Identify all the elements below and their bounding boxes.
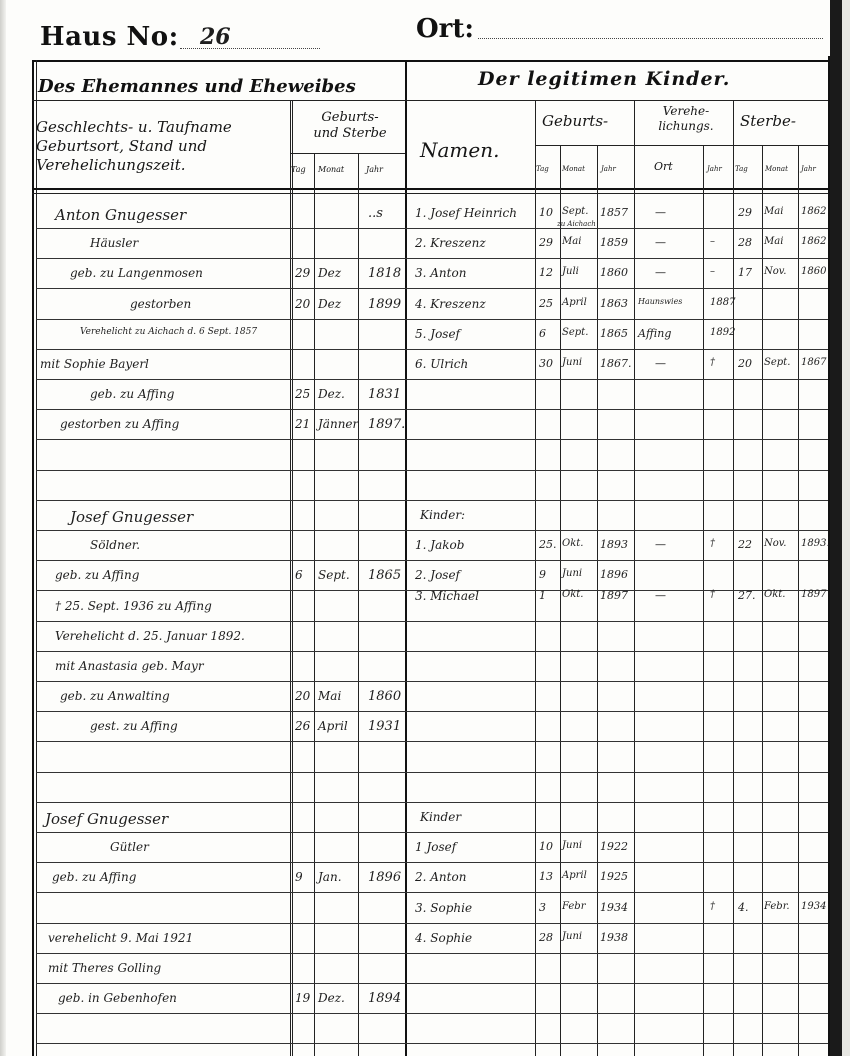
ruled-row-line	[36, 802, 828, 803]
parent-birth-monat: Mai	[318, 689, 341, 703]
col-date-group-2	[292, 100, 293, 1056]
parent-birth-tag: 21	[295, 417, 310, 431]
parent-birth-jahr: 1897.	[368, 417, 405, 432]
col-namen-end	[535, 100, 536, 1056]
ruled-row-line	[36, 288, 828, 289]
parent-birth-monat: Dez	[318, 297, 341, 311]
book-binding	[830, 0, 842, 1056]
child-marriage-ort: —	[655, 206, 666, 219]
child-death-jahr: 1862	[801, 206, 826, 217]
child-marriage-jahr: †	[710, 538, 715, 549]
child-death-tag: 28	[738, 236, 752, 249]
haus-number: 26	[200, 24, 231, 50]
sub-header-monat: Monat	[318, 165, 344, 174]
child-birth-tag: 25	[539, 297, 553, 310]
child-death-jahr: 1897	[801, 589, 826, 600]
child-birth-tag: 25.	[539, 538, 557, 551]
col-g-tag	[560, 145, 561, 1056]
ruled-row-line	[36, 651, 828, 652]
child-death-tag: 17	[738, 266, 752, 279]
ruled-row-line	[36, 892, 828, 893]
parent-entry-text: Anton Gnugesser	[55, 206, 186, 224]
verehe-header-line-1: Verehe-	[640, 104, 732, 119]
header-bottom-line-2	[32, 193, 828, 194]
col-s-monat	[798, 145, 799, 1056]
parent-birth-jahr: 1899	[368, 297, 401, 312]
ruled-row-line	[36, 772, 828, 773]
geburts-sub-jahr: Jahr	[601, 165, 616, 173]
child-name: 2. Kreszenz	[415, 236, 486, 250]
child-name: 6. Ulrich	[415, 357, 468, 371]
sub-header-tag: Tag	[291, 165, 306, 174]
ruled-row-line	[36, 681, 828, 682]
ruled-row-line	[36, 832, 828, 833]
verehe-header: Verehe- lichungs.	[640, 104, 732, 134]
ruled-row-line	[36, 349, 828, 350]
verehe-sub-jahr: Jahr	[707, 165, 722, 173]
child-marriage-jahr: †	[710, 901, 715, 912]
main-column-header: Geschlechts- u. Taufname Geburtsort, Sta…	[36, 118, 232, 175]
child-marriage-jahr: –	[710, 266, 715, 277]
ruled-row-line	[36, 953, 828, 954]
header-bottom-line	[32, 188, 828, 190]
ruled-row-line	[36, 439, 828, 440]
child-death-tag: 4.	[738, 901, 749, 914]
child-birth-monat: April	[562, 870, 587, 881]
parent-birth-jahr: 1896	[368, 870, 401, 885]
parent-entry-text: Josef Gnugesser	[45, 810, 168, 828]
parent-birth-monat: Dez.	[318, 991, 345, 1005]
left-subheader-line	[290, 153, 405, 154]
child-birth-jahr: 1925	[600, 870, 628, 883]
ruled-row-line	[36, 741, 828, 742]
parent-birth-monat: Sept.	[318, 568, 350, 582]
col-v-ort	[703, 145, 704, 1056]
child-birth-monat: April	[562, 297, 587, 308]
section-divider	[405, 60, 407, 1056]
parent-birth-tag: 20	[295, 297, 310, 311]
ruled-row-line	[36, 319, 828, 320]
parent-birth-jahr: 1818	[368, 266, 401, 281]
col-g-monat	[597, 145, 598, 1056]
child-marriage-jahr: †	[710, 357, 715, 368]
verehe-sub-ort: Ort	[654, 160, 673, 173]
child-death-monat: Mai	[764, 236, 783, 247]
ruled-row-line	[36, 258, 828, 259]
page-left-edge	[0, 0, 6, 1056]
child-birth-monat: Okt.	[562, 589, 583, 600]
parent-entry-text: geb. zu Anwalting	[60, 689, 170, 703]
child-birth-tag: 13	[539, 870, 553, 883]
parent-birth-monat: Dez.	[318, 387, 345, 401]
child-death-monat: Okt.	[764, 589, 785, 600]
main-header-line-2: Geburtsort, Stand und	[36, 137, 232, 156]
col-v-jahr	[733, 100, 734, 1056]
parent-entry-text: Gütler	[110, 840, 149, 854]
child-name: 1. Jakob	[415, 538, 464, 552]
child-birth-note: zu Aichach	[557, 220, 596, 228]
child-birth-tag: 10	[539, 840, 553, 853]
child-birth-jahr: 1934	[600, 901, 628, 914]
child-birth-tag: 10	[539, 206, 553, 219]
sterbe-sub-jahr: Jahr	[801, 165, 816, 173]
main-header-line-1: Geschlechts- u. Taufname	[36, 118, 232, 137]
child-birth-tag: 6	[539, 327, 546, 340]
parent-entry-text: Söldner.	[90, 538, 140, 552]
parent-entry-text: Häusler	[90, 236, 138, 250]
child-birth-jahr: 1897	[600, 589, 628, 602]
child-death-jahr: 1934	[801, 901, 826, 912]
child-birth-tag: 1	[539, 589, 546, 602]
child-birth-tag: 29	[539, 236, 553, 249]
child-death-monat: Mai	[764, 206, 783, 217]
child-name: 5. Josef	[415, 327, 460, 341]
parent-entry-text: gestorben zu Affing	[60, 417, 179, 431]
child-birth-monat: Juni	[562, 357, 582, 368]
child-birth-jahr: 1896	[600, 568, 628, 581]
ruled-row-line	[36, 983, 828, 984]
parent-entry-text: † 25. Sept. 1936 zu Affing	[55, 599, 212, 613]
child-birth-jahr: 1922	[600, 840, 628, 853]
child-name: 2. Anton	[415, 870, 466, 884]
children-label: Kinder	[420, 810, 461, 824]
child-marriage-ort: Haunswies	[638, 297, 682, 306]
parent-entry-text: geb. zu Affing	[52, 870, 136, 884]
child-birth-jahr: 1863	[600, 297, 628, 310]
ruled-row-line	[36, 1013, 828, 1014]
ruled-row-line	[36, 379, 828, 380]
ruled-row-line	[36, 470, 828, 471]
ruled-row-line	[36, 500, 828, 501]
parent-entry-text: verehelicht 9. Mai 1921	[48, 931, 193, 945]
child-birth-jahr: 1859	[600, 236, 628, 249]
child-birth-jahr: 1865	[600, 327, 628, 340]
child-death-jahr: 1862	[801, 236, 826, 247]
child-birth-jahr: 1938	[600, 931, 628, 944]
sterbe-header: Sterbe-	[740, 112, 796, 130]
parent-birth-jahr: 1931	[368, 719, 401, 734]
child-death-tag: 20	[738, 357, 752, 370]
table-top-border	[32, 60, 828, 62]
parent-birth-monat: Jänner	[318, 417, 358, 431]
child-birth-jahr: 1867.	[600, 357, 632, 370]
right-section-title: Der legitimen Kinder.	[478, 68, 730, 90]
child-birth-tag: 3	[539, 901, 546, 914]
ruled-row-line	[36, 530, 828, 531]
child-death-tag: 29	[738, 206, 752, 219]
child-birth-monat: Sept.	[562, 206, 588, 217]
ruled-row-line	[36, 1043, 828, 1044]
col-g-jahr	[634, 100, 635, 1056]
child-birth-tag: 12	[539, 266, 553, 279]
haus-number-line	[180, 48, 320, 49]
child-name: 2. Josef	[415, 568, 460, 582]
parent-birth-tag: 9	[295, 870, 303, 884]
ort-line	[478, 38, 823, 39]
ruled-row-line	[36, 711, 828, 712]
verehe-header-line-2: lichungs.	[640, 119, 732, 134]
child-birth-monat: Juli	[562, 266, 579, 277]
parent-birth-tag: 26	[295, 719, 310, 733]
parent-entry-text: gestorben	[130, 297, 191, 311]
child-birth-monat: Okt.	[562, 538, 583, 549]
child-death-jahr: 1893.	[801, 538, 830, 549]
parent-entry-text: geb. zu Affing	[55, 568, 139, 582]
ruled-row-line	[36, 228, 828, 229]
right-subheader-line	[535, 145, 828, 146]
child-birth-tag: 30	[539, 357, 553, 370]
child-death-tag: 22	[738, 538, 752, 551]
dates-column-header: Geburts- und Sterbe	[300, 110, 400, 142]
geburts-sub-monat: Monat	[562, 165, 585, 173]
col-s-tag	[762, 145, 763, 1056]
parent-entry-text: geb. in Gebenhofen	[58, 991, 177, 1005]
left-section-title: Des Ehemannes und Eheweibes	[38, 76, 356, 97]
ort-label: Ort:	[416, 14, 474, 44]
child-name: 3. Michael	[415, 589, 479, 603]
child-marriage-jahr: 1887	[710, 297, 735, 308]
ruled-row-line	[36, 862, 828, 863]
children-label: Kinder:	[420, 508, 465, 522]
child-birth-jahr: 1893	[600, 538, 628, 551]
table-left-border	[32, 60, 34, 1056]
child-name: 3. Sophie	[415, 901, 472, 915]
child-birth-monat: Sept.	[562, 327, 588, 338]
next-page-edge	[842, 0, 850, 1056]
child-birth-tag: 28	[539, 931, 553, 944]
sterbe-sub-monat: Monat	[765, 165, 788, 173]
parent-entry-text: gest. zu Affing	[90, 719, 178, 733]
child-name: 1 Josef	[415, 840, 456, 854]
main-header-line-3: Verehelichungszeit.	[36, 156, 232, 175]
parent-birth-jahr: 1860	[368, 689, 401, 704]
parent-birth-monat: Jan.	[318, 870, 342, 884]
child-birth-monat: Mai	[562, 236, 581, 247]
parent-birth-jahr: ..s	[368, 206, 383, 221]
ruled-row-line	[36, 409, 828, 410]
child-birth-monat: Juni	[562, 840, 582, 851]
child-birth-monat: Juni	[562, 568, 582, 579]
sterbe-sub-tag: Tag	[735, 165, 748, 173]
parent-birth-tag: 19	[295, 991, 310, 1005]
parent-entry-text: Verehelicht d. 25. Januar 1892.	[55, 629, 245, 643]
parent-birth-tag: 29	[295, 266, 310, 280]
child-birth-tag: 9	[539, 568, 546, 581]
ruled-row-line	[36, 923, 828, 924]
child-death-jahr: 1867	[801, 357, 826, 368]
parent-birth-jahr: 1894	[368, 991, 401, 1006]
child-death-tag: 27.	[738, 589, 756, 602]
parent-entry-text: mit Anastasia geb. Mayr	[55, 659, 204, 673]
child-marriage-ort: —	[655, 266, 666, 279]
parent-birth-tag: 20	[295, 689, 310, 703]
child-marriage-ort: —	[655, 357, 666, 370]
child-name: 1. Josef Heinrich	[415, 206, 517, 220]
child-name: 4. Sophie	[415, 931, 472, 945]
child-marriage-jahr: †	[710, 589, 715, 600]
namen-header: Namen.	[420, 138, 499, 162]
child-death-monat: Sept.	[764, 357, 790, 368]
child-death-jahr: 1860	[801, 266, 826, 277]
title-row-line	[32, 100, 828, 101]
geburts-header: Geburts-	[542, 112, 608, 130]
parent-entry-text: geb. zu Affing	[90, 387, 174, 401]
child-marriage-ort: —	[655, 538, 666, 551]
parent-entry-text: Verehelicht zu Aichach d. 6 Sept. 1857	[80, 327, 257, 337]
parent-entry-text: mit Theres Golling	[48, 961, 161, 975]
geburts-sub-tag: Tag	[536, 165, 549, 173]
parent-birth-monat: Dez	[318, 266, 341, 280]
table-right-border	[828, 56, 830, 1056]
child-marriage-jahr: –	[710, 236, 715, 247]
child-death-monat: Nov.	[764, 538, 786, 549]
child-death-monat: Nov.	[764, 266, 786, 277]
child-birth-monat: Febr	[562, 901, 586, 912]
parent-birth-tag: 6	[295, 568, 303, 582]
child-name: 4. Kreszenz	[415, 297, 486, 311]
parent-birth-tag: 25	[295, 387, 310, 401]
dates-header-line-1: Geburts-	[300, 110, 400, 126]
sub-header-jahr: Jahr	[366, 165, 383, 174]
parent-birth-jahr: 1865	[368, 568, 401, 583]
child-birth-monat: Juni	[562, 931, 582, 942]
col-date-group	[290, 100, 291, 1056]
ruled-row-line	[36, 621, 828, 622]
child-birth-jahr: 1860	[600, 266, 628, 279]
child-birth-jahr: 1857	[600, 206, 628, 219]
parent-entry-text: Josef Gnugesser	[70, 508, 193, 526]
ruled-row-line	[36, 560, 828, 561]
child-marriage-ort: —	[655, 589, 666, 602]
parent-birth-monat: April	[318, 719, 348, 733]
parent-entry-text: geb. zu Langenmosen	[70, 266, 203, 280]
dates-header-line-2: und Sterbe	[300, 126, 400, 142]
child-name: 3. Anton	[415, 266, 466, 280]
parent-birth-jahr: 1831	[368, 387, 401, 402]
table-left-inner-border	[36, 60, 37, 1056]
child-marriage-ort: —	[655, 236, 666, 249]
child-marriage-ort: Affing	[638, 327, 671, 340]
child-death-monat: Febr.	[764, 901, 790, 912]
parent-entry-text: mit Sophie Bayerl	[40, 357, 149, 371]
child-marriage-jahr: 1892	[710, 327, 735, 338]
haus-label: Haus No:	[40, 22, 179, 52]
